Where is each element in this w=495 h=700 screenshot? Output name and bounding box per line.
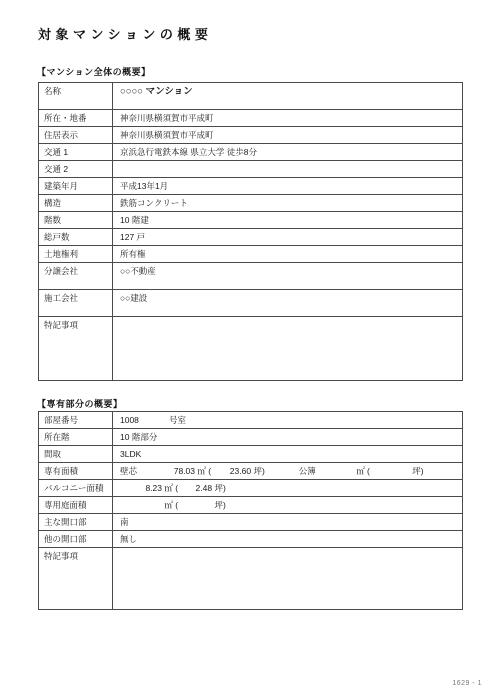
room-number: 1008 xyxy=(120,415,169,426)
total-units-value: 127 戸 xyxy=(113,229,463,246)
table-row: 特記事項 xyxy=(39,317,463,381)
room-number-suffix: 号室 xyxy=(169,415,186,425)
row-label: 所在・地番 xyxy=(39,110,113,127)
structure-value: 鉄筋コンクリート xyxy=(113,195,463,212)
table-row: 建築年月 平成13年1月 xyxy=(39,178,463,195)
row-label: 住居表示 xyxy=(39,127,113,144)
row-label: 土地権利 xyxy=(39,246,113,263)
access1-value: 京浜急行電鉄本線 県立大学 徒歩8分 xyxy=(113,144,463,161)
sqm-unit: ㎡ ( xyxy=(164,483,178,493)
garden-area-value: ㎡ ( 坪) xyxy=(113,497,463,514)
row-label: バルコニー面積 xyxy=(39,480,113,497)
row-label: 名称 xyxy=(39,83,113,110)
section-heading-unit-overview: 【専有部分の概要】 xyxy=(37,397,123,410)
row-label: 施工会社 xyxy=(39,290,113,317)
unit-floor-value: 10 階部分 xyxy=(113,429,463,446)
unit-special-notes-value xyxy=(113,548,463,610)
registry-label: 公簿 xyxy=(299,466,316,476)
special-notes-value xyxy=(113,317,463,381)
access2-value xyxy=(113,161,463,178)
row-label: 所在階 xyxy=(39,429,113,446)
row-label: 総戸数 xyxy=(39,229,113,246)
wall-core-tsubo: 23.60 xyxy=(211,466,251,477)
table-row: 所在階 10 階部分 xyxy=(39,429,463,446)
exclusive-area-value: 壁芯78.03 ㎡ (23.60 坪)公簿 ㎡ ( 坪) xyxy=(113,463,463,480)
row-label: 特記事項 xyxy=(39,548,113,610)
table-row: 主な開口部 南 xyxy=(39,514,463,531)
sqm-unit: ㎡ ( xyxy=(164,500,178,510)
row-label: 交通 2 xyxy=(39,161,113,178)
table-row: 特記事項 xyxy=(39,548,463,610)
table-row: 専用庭面積 ㎡ ( 坪) xyxy=(39,497,463,514)
tsubo-unit: 坪) xyxy=(412,466,423,476)
row-label: 構造 xyxy=(39,195,113,212)
unit-overview-table: 部屋番号 1008号室 所在階 10 階部分 間取 3LDK 専有面積 壁芯78… xyxy=(38,411,463,610)
sqm-unit: ㎡ ( xyxy=(197,466,211,476)
table-row: 専有面積 壁芯78.03 ㎡ (23.60 坪)公簿 ㎡ ( 坪) xyxy=(39,463,463,480)
row-label: 部屋番号 xyxy=(39,412,113,429)
table-row: 分譲会社 ○○不動産 xyxy=(39,263,463,290)
seller-company-value: ○○不動産 xyxy=(113,263,463,290)
row-label: 専有面積 xyxy=(39,463,113,480)
address-value: 神奈川県横須賀市平成町 xyxy=(113,127,463,144)
row-label: 専用庭面積 xyxy=(39,497,113,514)
balcony-sqm: 8.23 xyxy=(120,483,162,494)
table-row: 施工会社 ○○建設 xyxy=(39,290,463,317)
balcony-tsubo: 2.48 xyxy=(178,483,212,494)
row-label: 特記事項 xyxy=(39,317,113,381)
section-heading-building-overview: 【マンション全体の概要】 xyxy=(37,65,151,78)
table-row: 他の開口部 無し xyxy=(39,531,463,548)
tsubo-unit: 坪) xyxy=(214,483,225,493)
balcony-area-value: 8.23 ㎡ (2.48 坪) xyxy=(113,480,463,497)
table-row: 交通 2 xyxy=(39,161,463,178)
row-label: 建築年月 xyxy=(39,178,113,195)
row-label: 主な開口部 xyxy=(39,514,113,531)
page-title: 対象マンションの概要 xyxy=(38,24,212,43)
table-row: 構造 鉄筋コンクリート xyxy=(39,195,463,212)
location-value: 神奈川県横須賀市平成町 xyxy=(113,110,463,127)
wall-core-label: 壁芯 xyxy=(120,466,142,477)
sqm-unit: ㎡ ( xyxy=(356,466,370,476)
building-overview-table: 名称 ○○○○ マンション 所在・地番 神奈川県横須賀市平成町 住居表示 神奈川… xyxy=(38,82,463,381)
row-label: 交通 1 xyxy=(39,144,113,161)
construction-company-value: ○○建設 xyxy=(113,290,463,317)
table-row: 土地権利 所有権 xyxy=(39,246,463,263)
built-date-value: 平成13年1月 xyxy=(113,178,463,195)
main-opening-value: 南 xyxy=(113,514,463,531)
table-row: 交通 1 京浜急行電鉄本線 県立大学 徒歩8分 xyxy=(39,144,463,161)
table-row: 名称 ○○○○ マンション xyxy=(39,83,463,110)
row-label: 階数 xyxy=(39,212,113,229)
floors-value: 10 階建 xyxy=(113,212,463,229)
table-row: 間取 3LDK xyxy=(39,446,463,463)
table-row: 階数 10 階建 xyxy=(39,212,463,229)
page-number: 1629 - 1 xyxy=(452,680,482,687)
table-row: 部屋番号 1008号室 xyxy=(39,412,463,429)
table-row: 住居表示 神奈川県横須賀市平成町 xyxy=(39,127,463,144)
room-number-value: 1008号室 xyxy=(113,412,463,429)
row-label: 他の開口部 xyxy=(39,531,113,548)
other-opening-value: 無し xyxy=(113,531,463,548)
row-label: 間取 xyxy=(39,446,113,463)
land-rights-value: 所有権 xyxy=(113,246,463,263)
row-label: 分譲会社 xyxy=(39,263,113,290)
building-name-value: ○○○○ マンション xyxy=(113,83,463,110)
table-row: 所在・地番 神奈川県横須賀市平成町 xyxy=(39,110,463,127)
tsubo-unit: 坪) xyxy=(214,500,225,510)
table-row: 総戸数 127 戸 xyxy=(39,229,463,246)
table-row: バルコニー面積 8.23 ㎡ (2.48 坪) xyxy=(39,480,463,497)
tsubo-unit: 坪) xyxy=(253,466,264,476)
wall-core-sqm: 78.03 xyxy=(142,466,195,477)
layout-value: 3LDK xyxy=(113,446,463,463)
